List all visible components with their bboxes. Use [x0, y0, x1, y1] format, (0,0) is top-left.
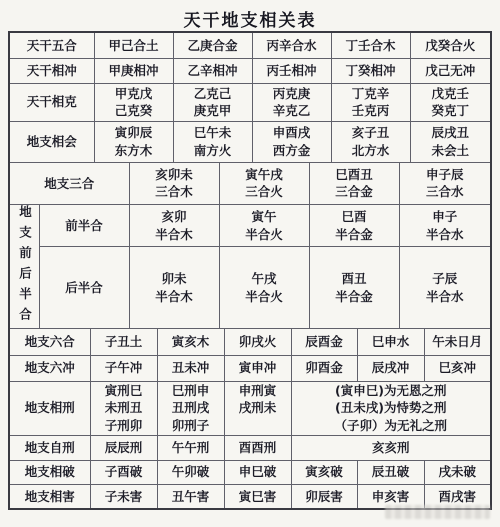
- table-row: 地支前后半合 前半合 亥卯半合木 寅午半合火 巳酉半合金 申子半合水: [10, 205, 490, 247]
- relations-table: 天干五合 甲己合土 乙庚合金 丙辛合水 丁壬合木 戊癸合火 天干相冲 甲庚相冲 …: [8, 31, 492, 510]
- data-cell: 寅午戌三合火: [219, 163, 309, 205]
- data-cell: 巳酉半合金: [309, 205, 399, 247]
- data-cell: 酉丑半合金: [309, 247, 399, 329]
- data-cell: 申巳破: [224, 460, 291, 484]
- row-label: 地支六冲: [10, 355, 90, 381]
- data-cell: 午戌半合火: [219, 247, 309, 329]
- row-label: 地支相刑: [10, 381, 90, 435]
- data-cell-wide: 亥亥刑: [291, 435, 490, 460]
- page-title: 天干地支相关表: [0, 0, 500, 31]
- data-cell: 丁癸相冲: [331, 58, 410, 83]
- data-cell: 酉酉刑: [224, 435, 291, 460]
- data-cell: 卯未半合木: [129, 247, 219, 329]
- row-label: 天干五合: [10, 33, 94, 58]
- data-cell: 寅亥木: [157, 329, 224, 355]
- data-cell: 子酉破: [90, 460, 157, 484]
- data-cell: 丑未冲: [157, 355, 224, 381]
- data-cell: 寅申冲: [224, 355, 291, 381]
- data-cell: 子未害: [90, 484, 157, 508]
- data-cell: 亥卯半合木: [129, 205, 219, 247]
- data-cell: 巳亥冲: [424, 355, 490, 381]
- data-cell: 辰酉金: [291, 329, 357, 355]
- data-cell: 卯辰害: [291, 484, 357, 508]
- row-label: 地支自刑: [10, 435, 90, 460]
- data-cell: 辰戌丑未会土: [410, 121, 490, 162]
- data-cell: 戊癸合火: [410, 33, 490, 58]
- table-row: 后半合 卯未半合木 午戌半合火 酉丑半合金 子辰半合水: [10, 247, 490, 329]
- row-label: 地支三合: [10, 163, 129, 205]
- row-label: 地支相害: [10, 484, 90, 508]
- data-cell: 亥子丑北方水: [331, 121, 410, 162]
- data-cell: 丁壬合木: [331, 33, 410, 58]
- data-cell: 巳午未南方火: [173, 121, 252, 162]
- data-cell: 申子辰三合水: [399, 163, 490, 205]
- table-row: 地支三合 亥卯未三合木 寅午戌三合火 巳酉丑三合金 申子辰三合水: [10, 163, 490, 205]
- section-stems-table: 天干五合 甲己合土 乙庚合金 丙辛合水 丁壬合木 戊癸合火 天干相冲 甲庚相冲 …: [10, 33, 490, 163]
- data-cell: 巳申水: [357, 329, 424, 355]
- row-label: 前半合: [39, 205, 129, 247]
- data-cell: 丙辛合水: [252, 33, 331, 58]
- table-row: 天干相克 甲克戊己克癸 乙克己庚克甲 丙克庚辛克乙 丁克辛壬克丙 戊克壬癸克丁: [10, 83, 490, 121]
- data-cell: 寅亥破: [291, 460, 357, 484]
- row-label: 地支相会: [10, 121, 94, 162]
- data-cell: 寅巳害: [224, 484, 291, 508]
- data-cell: 午未日月: [424, 329, 490, 355]
- data-cell: 丙克庚辛克乙: [252, 83, 331, 121]
- data-cell: 寅刑巳未刑丑子刑卯: [90, 381, 157, 435]
- data-cell: 午午刑: [157, 435, 224, 460]
- data-cell-wide: (寅申巳)为无恩之刑(丑未戌)为恃势之刑（子卯）为无礼之刑: [291, 381, 490, 435]
- row-label: 后半合: [39, 247, 129, 329]
- data-cell: 戊克壬癸克丁: [410, 83, 490, 121]
- data-cell: 辰戌冲: [357, 355, 424, 381]
- data-cell: 甲克戊己克癸: [94, 83, 173, 121]
- data-cell: 甲己合土: [94, 33, 173, 58]
- data-cell: 戌未破: [424, 460, 490, 484]
- table-row: 地支相刑 寅刑巳未刑丑子刑卯 巳刑申丑刑戌卯刑子 申刑寅戌刑未 (寅申巳)为无恩…: [10, 381, 490, 435]
- table-row: 天干五合 甲己合土 乙庚合金 丙辛合水 丁壬合木 戊癸合火: [10, 33, 490, 58]
- table-row: 地支相会 寅卯辰东方木 巳午未南方火 申酉戌西方金 亥子丑北方水 辰戌丑未会土: [10, 121, 490, 162]
- table-row: 地支六合 子丑土 寅亥木 卯戌火 辰酉金 巳申水 午未日月: [10, 329, 490, 355]
- data-cell: 巳酉丑三合金: [309, 163, 399, 205]
- data-cell: 丑午害: [157, 484, 224, 508]
- data-cell: 辰丑破: [357, 460, 424, 484]
- data-cell: 子午冲: [90, 355, 157, 381]
- data-cell: 甲庚相冲: [94, 58, 173, 83]
- data-cell: 子丑土: [90, 329, 157, 355]
- table-row: 地支六冲 子午冲 丑未冲 寅申冲 卯酉金 辰戌冲 巳亥冲: [10, 355, 490, 381]
- data-cell: 辰辰刑: [90, 435, 157, 460]
- data-cell: 卯酉金: [291, 355, 357, 381]
- table-row: 地支自刑 辰辰刑 午午刑 酉酉刑 亥亥刑: [10, 435, 490, 460]
- data-cell: 子辰半合水: [399, 247, 490, 329]
- data-cell: 卯戌火: [224, 329, 291, 355]
- section-sanhe-table: 地支三合 亥卯未三合木 寅午戌三合火 巳酉丑三合金 申子辰三合水 地支前后半合 …: [10, 163, 490, 330]
- table-row: 天干相冲 甲庚相冲 乙辛相冲 丙壬相冲 丁癸相冲 戊己无冲: [10, 58, 490, 83]
- vertical-group-label: 地支前后半合: [10, 205, 39, 329]
- data-cell: 申子半合水: [399, 205, 490, 247]
- data-cell: 丁克辛壬克丙: [331, 83, 410, 121]
- data-cell: 申刑寅戌刑未: [224, 381, 291, 435]
- row-label: 地支相破: [10, 460, 90, 484]
- data-cell: 乙辛相冲: [173, 58, 252, 83]
- data-cell: 寅午半合火: [219, 205, 309, 247]
- data-cell: 申酉戌西方金: [252, 121, 331, 162]
- data-cell: 乙克己庚克甲: [173, 83, 252, 121]
- data-cell: 亥卯未三合木: [129, 163, 219, 205]
- row-label: 地支六合: [10, 329, 90, 355]
- row-label: 天干相冲: [10, 58, 94, 83]
- data-cell: 丙壬相冲: [252, 58, 331, 83]
- data-cell: 午卯破: [157, 460, 224, 484]
- data-cell: 巳刑申丑刑戌卯刑子: [157, 381, 224, 435]
- data-cell: 戊己无冲: [410, 58, 490, 83]
- watermark: [385, 505, 490, 519]
- table-row: 地支相破 子酉破 午卯破 申巳破 寅亥破 辰丑破 戌未破: [10, 460, 490, 484]
- data-cell: 乙庚合金: [173, 33, 252, 58]
- row-label: 天干相克: [10, 83, 94, 121]
- section-branches-table: 地支六合 子丑土 寅亥木 卯戌火 辰酉金 巳申水 午未日月 地支六冲 子午冲 丑…: [10, 329, 490, 508]
- data-cell: 寅卯辰东方木: [94, 121, 173, 162]
